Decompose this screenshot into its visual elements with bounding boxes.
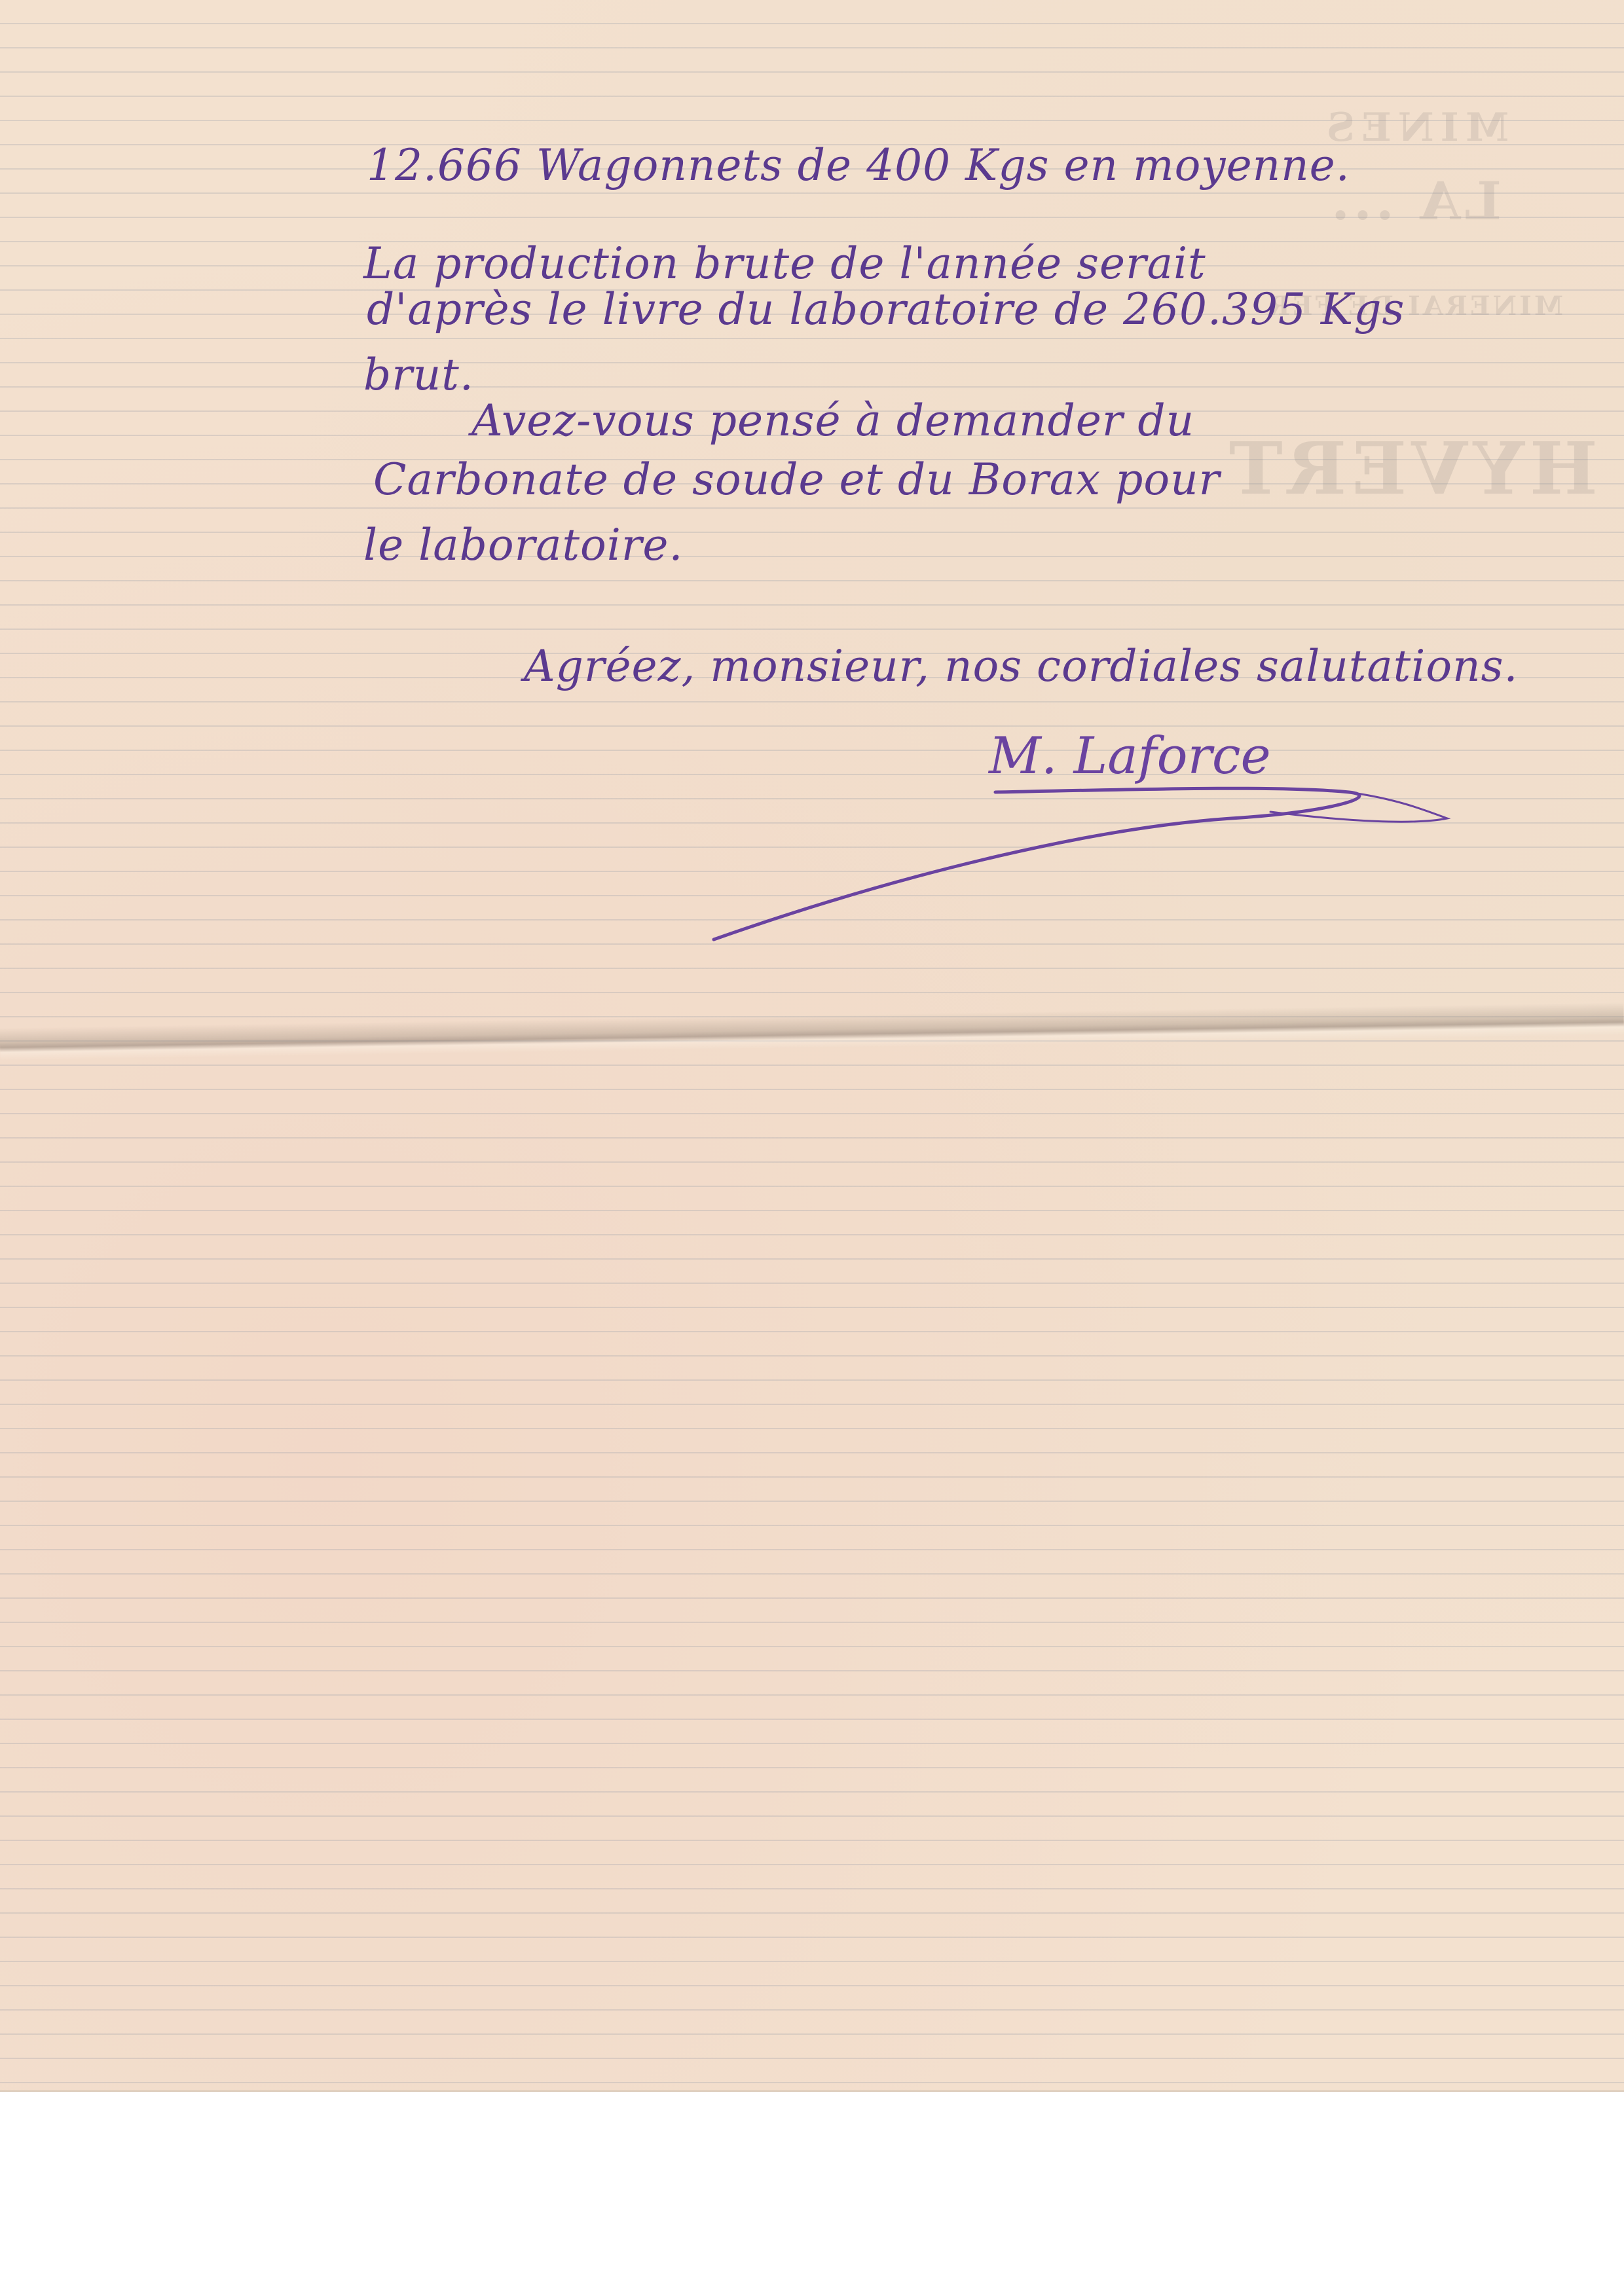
body-line: Avez-vous pensé à demander du [471,399,1194,443]
body-line: 12.666 Wagonnets de 400 Kgs en moyenne. [367,144,1350,187]
body-line: le laboratoire. [363,524,683,567]
body-line: brut. [363,354,474,397]
paper-fold [0,1002,1624,1061]
body-line: La production brute de l'année serait [363,242,1206,285]
closing-salutation: Agréez, monsieur, nos cordiales salutati… [524,645,1518,688]
body-line: d'après le livre du laboratoire de 260.3… [367,288,1405,331]
show-through-line: HYVERT [1231,426,1598,511]
body-line: Carbonate de soude et du Borax pour [373,458,1220,501]
letter-paper: MINES LA ... MINERAI DE FER HYVERT 12.66… [0,0,1624,2092]
signature-flourish-icon [694,773,1480,943]
